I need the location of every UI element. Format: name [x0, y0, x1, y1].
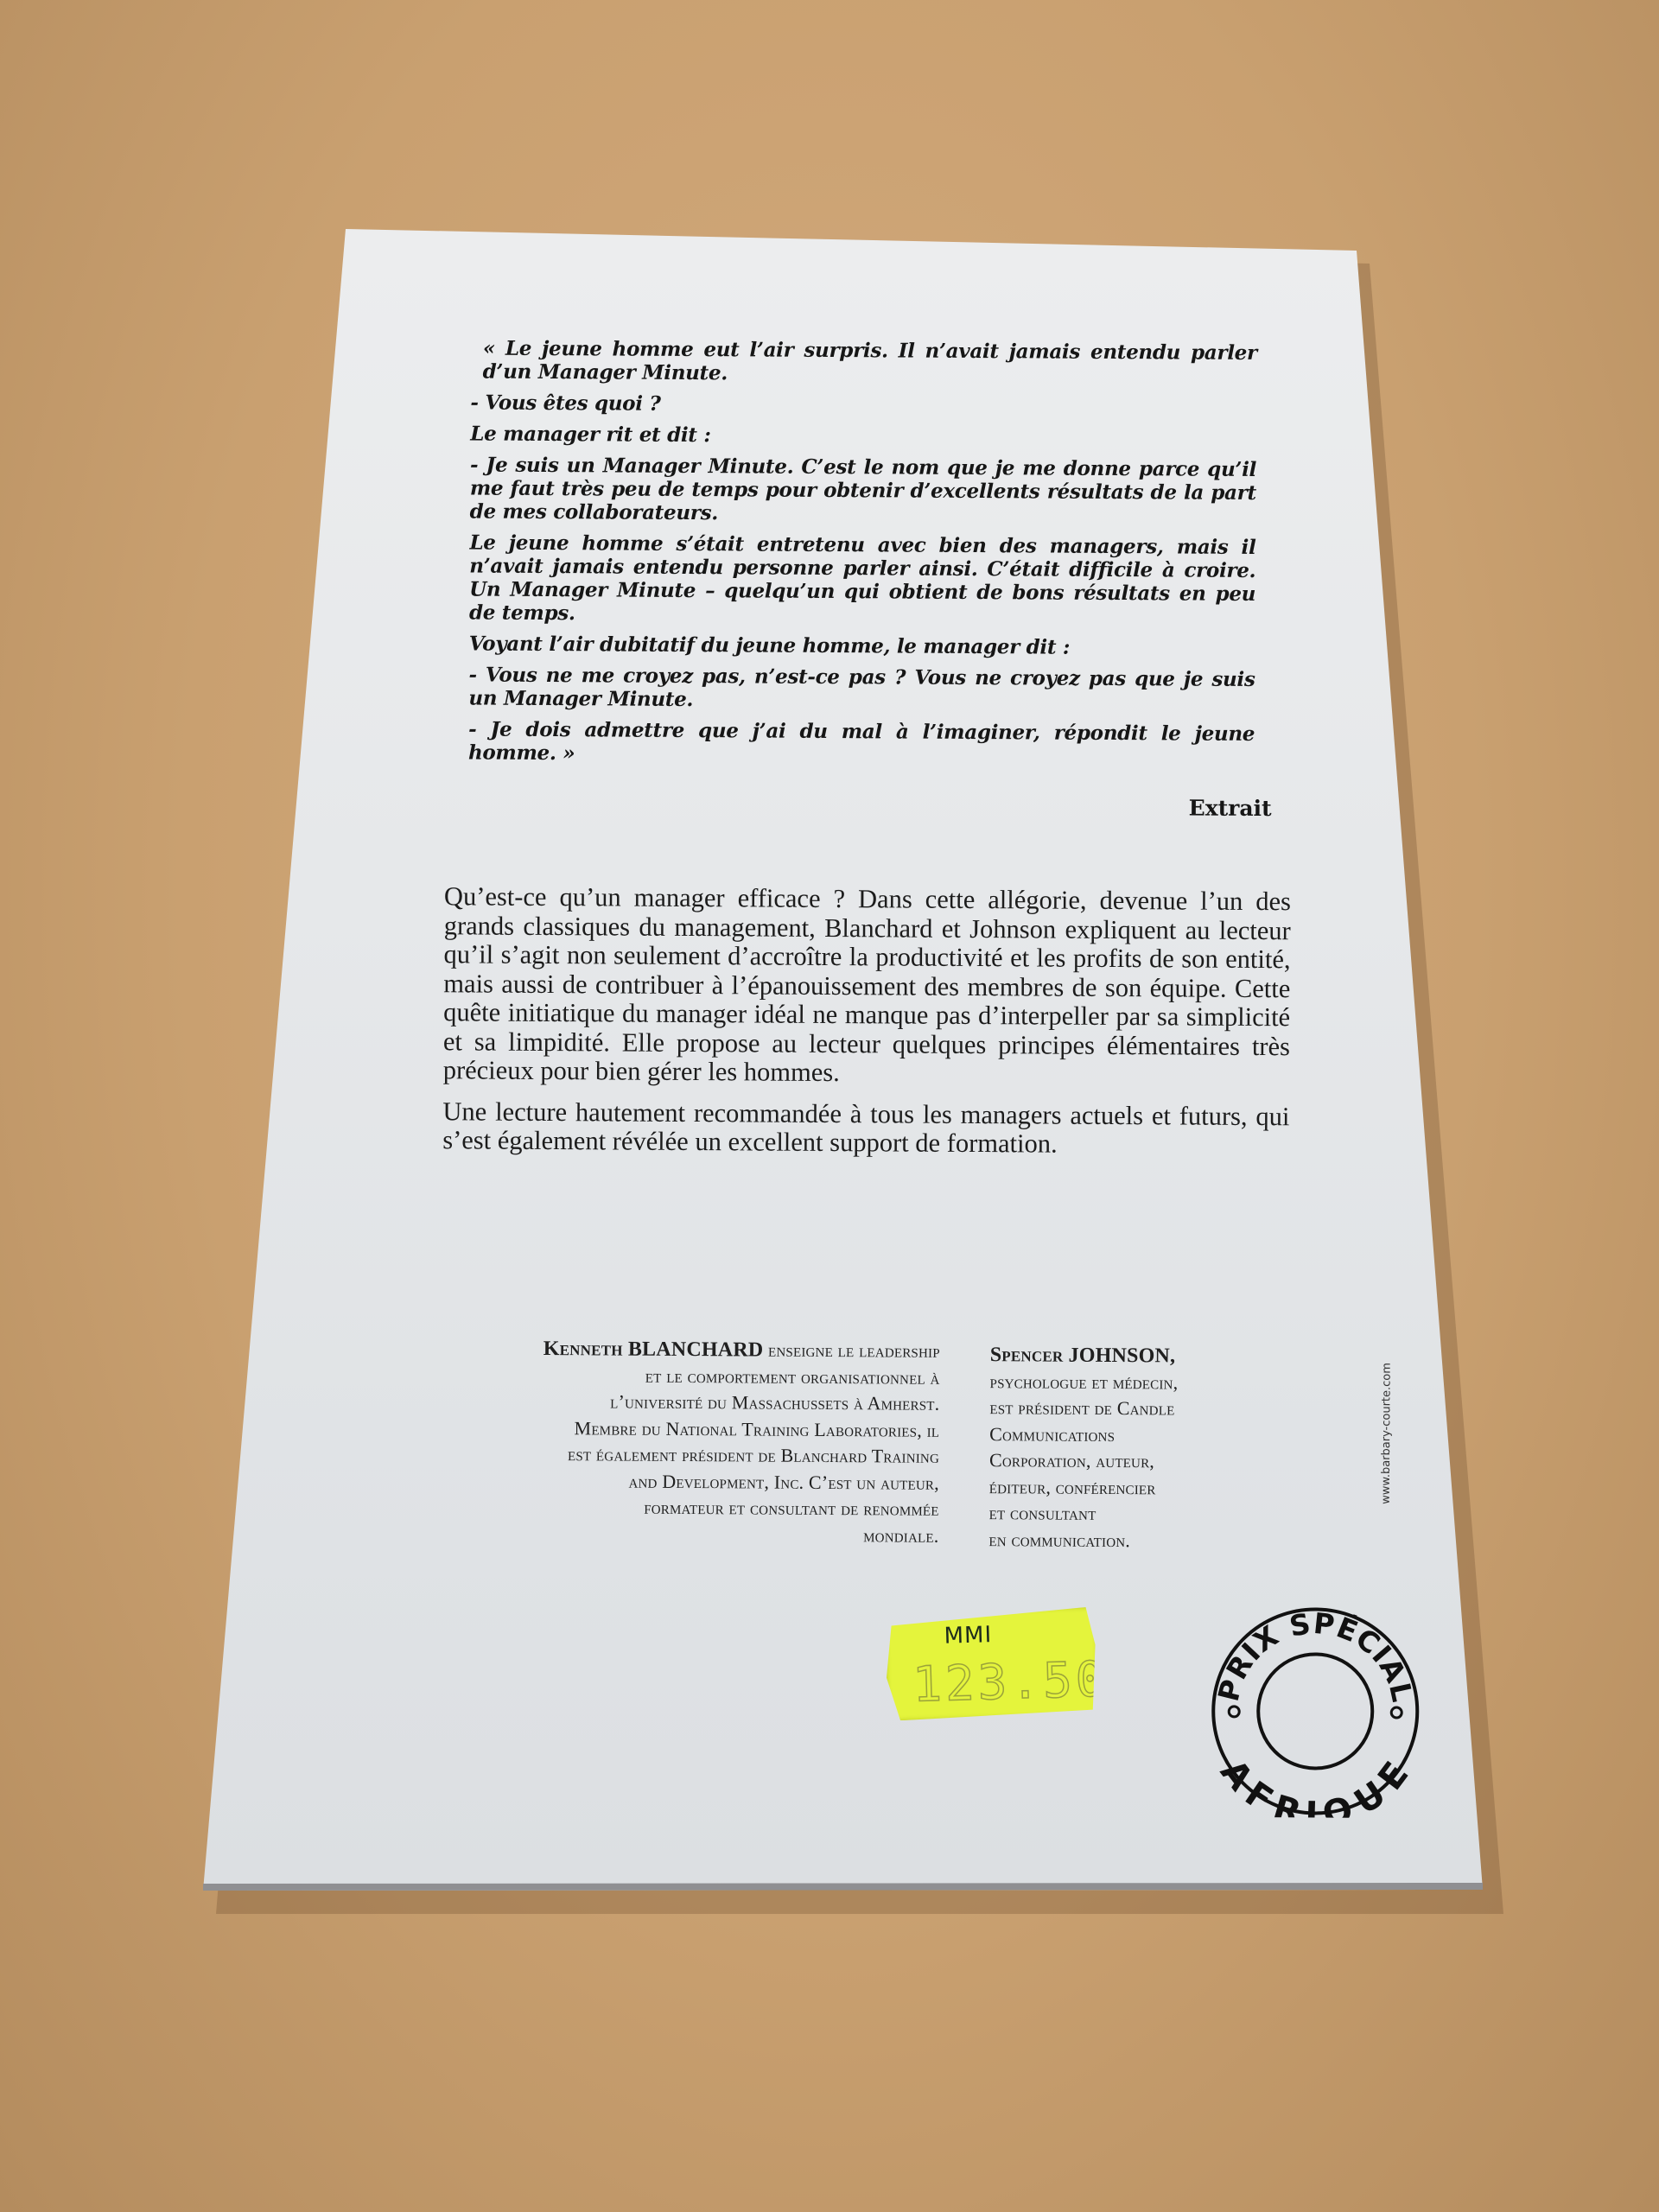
cover-content: « Le jeune homme eut l’air surpris. Il n…: [0, 0, 1659, 2212]
description-paragraph: Qu’est-ce qu’un manager efficace ? Dans …: [443, 882, 1291, 1090]
sticker-price: 123.50: [912, 1651, 1109, 1713]
bio-line: éditeur, conférencier: [989, 1474, 1300, 1503]
author-name: Kenneth BLANCHARD: [543, 1338, 764, 1362]
bio-line: mondiale.: [390, 1519, 938, 1548]
bio-line: Membre du National Training Laboratories…: [391, 1414, 939, 1443]
sticker-code: MMI: [944, 1622, 992, 1649]
bio-line: Communications: [989, 1421, 1300, 1450]
bio-line: l’université du Massachussets à Amherst.: [391, 1388, 939, 1417]
excerpt-label: Extrait: [1142, 795, 1272, 821]
bio-line: enseigne le leadership: [768, 1339, 940, 1362]
excerpt-paragraph: - Vous ne me croyez pas, n’est-ce pas ? …: [468, 663, 1255, 715]
bio-line: formateur et consultant de renommée: [391, 1493, 939, 1522]
description-paragraph: Une lecture hautement recommandée à tous…: [442, 1097, 1289, 1160]
bio-line: Corporation, auteur,: [989, 1447, 1300, 1476]
author-bio-blanchard: Kenneth BLANCHARD enseigne le leadership…: [390, 1335, 939, 1549]
excerpt-paragraph: Le jeune homme s’était entretenu avec bi…: [469, 531, 1256, 629]
bio-line: et consultant: [989, 1500, 1300, 1529]
author-last-name: BLANCHARD: [628, 1338, 764, 1362]
bio-line: est président de Candle: [989, 1395, 1300, 1423]
bio-line: psychologue et médecin,: [989, 1369, 1300, 1397]
bio-line: est également président de Blanchard Tra…: [391, 1440, 939, 1470]
excerpt-quote: « Le jeune homme eut l’air surpris. Il n…: [468, 336, 1257, 777]
excerpt-paragraph: - Je suis un Manager Minute. C’est le no…: [470, 453, 1256, 528]
bio-line: en communication.: [988, 1527, 1300, 1555]
author-last-name: JOHNSON,: [1069, 1344, 1176, 1368]
prix-special-stamp: PRIX SPÉCIAL AFRIQUE: [1209, 1605, 1421, 1818]
excerpt-paragraph: - Vous êtes quoi ?: [470, 391, 1256, 419]
author-first-name: Spencer: [990, 1344, 1064, 1367]
bio-line: and Development, Inc. C’est un auteur,: [391, 1466, 939, 1496]
svg-text:AFRIQUE: AFRIQUE: [1212, 1752, 1418, 1818]
bio-line: et le comportement organisationnel à: [391, 1361, 940, 1390]
excerpt-paragraph: « Le jeune homme eut l’air surpris. Il n…: [471, 336, 1257, 388]
book-description: Qu’est-ce qu’un manager efficace ? Dans …: [442, 882, 1291, 1172]
excerpt-paragraph: Voyant l’air dubitatif du jeune homme, l…: [469, 632, 1255, 660]
designer-credit-url: www.barbary-courte.com: [1379, 1330, 1397, 1537]
stamp-badge-icon: PRIX SPÉCIAL AFRIQUE: [1209, 1605, 1421, 1818]
excerpt-paragraph: Le manager rit et dit :: [470, 422, 1256, 450]
author-name: Spencer JOHNSON,: [990, 1342, 1301, 1370]
excerpt-paragraph: - Je dois admettre que j’ai du mal à l’i…: [468, 717, 1255, 769]
author-bio-johnson: Spencer JOHNSON, psychologue et médecin,…: [988, 1342, 1300, 1554]
author-first-name: Kenneth: [543, 1338, 623, 1361]
price-sticker: MMI 123.50: [885, 1607, 1099, 1721]
